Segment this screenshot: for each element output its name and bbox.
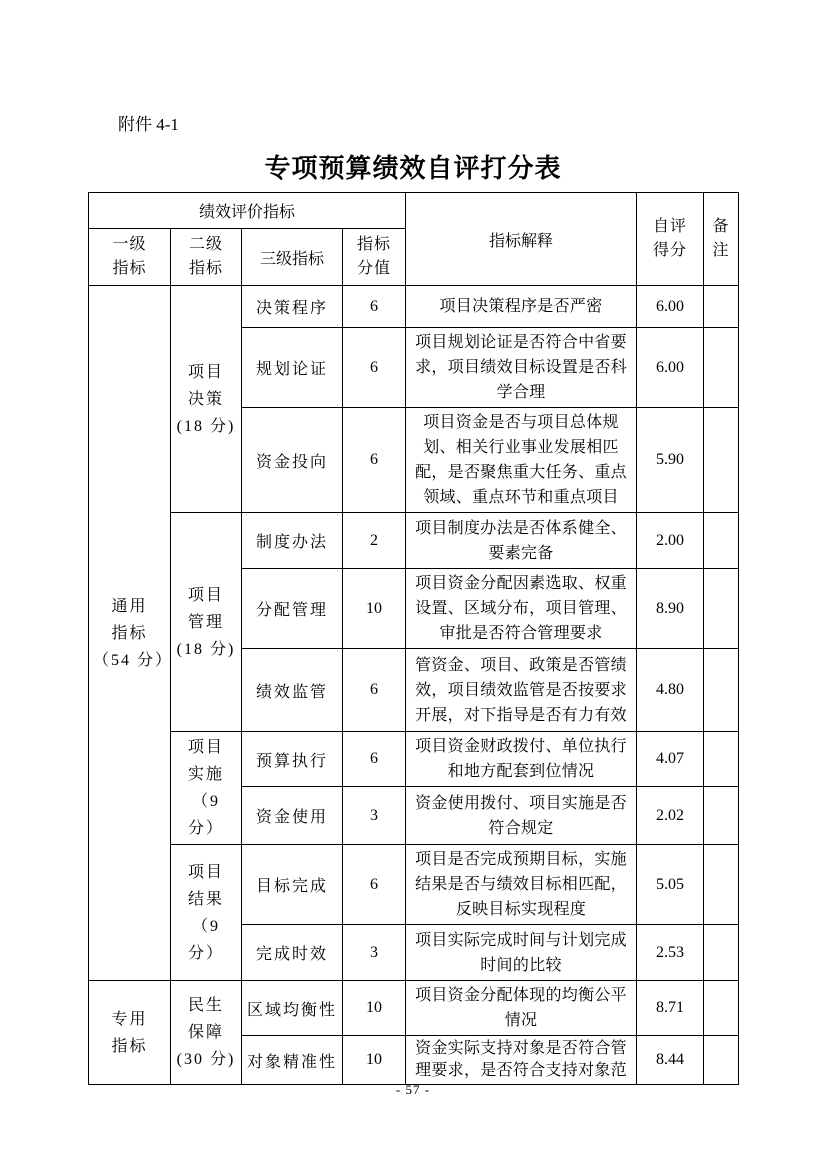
cell-remark — [704, 286, 739, 328]
cell-points: 3 — [343, 925, 406, 981]
page-number: - 57 - — [0, 1082, 826, 1098]
cell-level3: 预算执行 — [242, 732, 343, 787]
cell-level3: 规划论证 — [242, 328, 343, 408]
header-explanation: 指标解释 — [406, 193, 637, 286]
cell-points: 2 — [343, 513, 406, 569]
table-header-row-group: 绩效评价指标 指标解释 自评 得分 备 注 — [89, 193, 739, 229]
cell-explanation: 项目资金是否与项目总体规划、相关行业事业发展相匹配，是否聚焦重大任务、重点领域、… — [406, 408, 637, 513]
cell-remark — [704, 732, 739, 787]
cell-remark — [704, 649, 739, 732]
cell-level3: 对象精准性 — [242, 1036, 343, 1085]
cell-remark — [704, 925, 739, 981]
cell-score: 8.44 — [637, 1036, 704, 1085]
cell-score: 4.80 — [637, 649, 704, 732]
cell-level2-management: 项目 管理 (18 分) — [171, 513, 242, 732]
cell-level3: 完成时效 — [242, 925, 343, 981]
attachment-label: 附件 4-1 — [118, 110, 179, 135]
cell-level2-livelihood: 民生 保障 (30 分) — [171, 981, 242, 1085]
cell-points: 6 — [343, 649, 406, 732]
cell-remark — [704, 787, 739, 845]
cell-explanation: 项目资金分配体现的均衡公平情况 — [406, 981, 637, 1036]
cell-points: 6 — [343, 732, 406, 787]
cell-explanation: 资金使用拨付、项目实施是否符合规定 — [406, 787, 637, 845]
cell-points: 6 — [343, 286, 406, 328]
cell-level2-decision: 项目 决策 (18 分) — [171, 286, 242, 513]
cell-remark — [704, 845, 739, 925]
cell-points: 10 — [343, 981, 406, 1036]
cell-score: 6.00 — [637, 328, 704, 408]
cell-score: 2.00 — [637, 513, 704, 569]
table-row: 项目 实施 （9 分） 预算执行 6 项目资金财政拨付、单位执行和地方配套到位情… — [89, 732, 739, 787]
cell-explanation: 项目规划论证是否符合中省要求，项目绩效目标设置是否科学合理 — [406, 328, 637, 408]
cell-points: 6 — [343, 408, 406, 513]
table-row: 项目 结果 （9 分） 目标完成 6 项目是否完成预期目标，实施结果是否与绩效目… — [89, 845, 739, 925]
cell-score: 8.71 — [637, 981, 704, 1036]
cell-explanation: 管资金、项目、政策是否管绩效，项目绩效监管是否按要求开展，对下指导是否有力有效 — [406, 649, 637, 732]
cell-explanation: 项目资金财政拨付、单位执行和地方配套到位情况 — [406, 732, 637, 787]
cell-level3: 区域均衡性 — [242, 981, 343, 1036]
table-row: 项目 管理 (18 分) 制度办法 2 项目制度办法是否体系健全、要素完备 2.… — [89, 513, 739, 569]
cell-remark — [704, 1036, 739, 1085]
cell-points: 3 — [343, 787, 406, 845]
cell-explanation: 项目制度办法是否体系健全、要素完备 — [406, 513, 637, 569]
cell-level3: 资金使用 — [242, 787, 343, 845]
cell-level2-implementation: 项目 实施 （9 分） — [171, 732, 242, 845]
cell-score: 4.07 — [637, 732, 704, 787]
cell-score: 6.00 — [637, 286, 704, 328]
header-points: 指标 分值 — [343, 229, 406, 286]
cell-score: 5.90 — [637, 408, 704, 513]
cell-score: 5.05 — [637, 845, 704, 925]
page-title: 专项预算绩效自评打分表 — [0, 148, 826, 185]
cell-points: 6 — [343, 328, 406, 408]
cell-level3: 资金投向 — [242, 408, 343, 513]
header-level2: 二级 指标 — [171, 229, 242, 286]
cell-points: 10 — [343, 1036, 406, 1085]
table-row: 专用 指标 民生 保障 (30 分) 区域均衡性 10 项目资金分配体现的均衡公… — [89, 981, 739, 1036]
cell-score: 2.02 — [637, 787, 704, 845]
cell-points: 6 — [343, 845, 406, 925]
cell-level3: 绩效监管 — [242, 649, 343, 732]
cell-explanation: 项目资金分配因素选取、权重设置、区域分布，项目管理、审批是否符合管理要求 — [406, 569, 637, 649]
cell-level3: 决策程序 — [242, 286, 343, 328]
cell-remark — [704, 981, 739, 1036]
cell-level3: 分配管理 — [242, 569, 343, 649]
header-self-score: 自评 得分 — [637, 193, 704, 286]
cell-level3: 目标完成 — [242, 845, 343, 925]
cell-remark — [704, 408, 739, 513]
cell-remark — [704, 569, 739, 649]
cell-score: 8.90 — [637, 569, 704, 649]
cell-remark — [704, 513, 739, 569]
cell-score: 2.53 — [637, 925, 704, 981]
cell-level2-result: 项目 结果 （9 分） — [171, 845, 242, 981]
cell-level3: 制度办法 — [242, 513, 343, 569]
table-row: 通用 指标 （54 分） 项目 决策 (18 分) 决策程序 6 项目决策程序是… — [89, 286, 739, 328]
cell-explanation: 项目实际完成时间与计划完成时间的比较 — [406, 925, 637, 981]
cell-explanation: 资金实际支持对象是否符合管理要求，是否符合支持对象范 — [406, 1036, 637, 1085]
cell-level1-general: 通用 指标 （54 分） — [89, 286, 171, 981]
document-page: 附件 4-1 专项预算绩效自评打分表 绩效评价指标 指标解释 自评 得分 备 注… — [0, 0, 826, 1169]
header-level3: 三级指标 — [242, 229, 343, 286]
header-level1: 一级 指标 — [89, 229, 171, 286]
score-table: 绩效评价指标 指标解释 自评 得分 备 注 一级 指标 二级 指标 三级指标 指… — [88, 192, 739, 1085]
cell-explanation: 项目是否完成预期目标，实施结果是否与绩效目标相匹配，反映目标实现程度 — [406, 845, 637, 925]
cell-explanation: 项目决策程序是否严密 — [406, 286, 637, 328]
header-remark: 备 注 — [704, 193, 739, 286]
cell-level1-special: 专用 指标 — [89, 981, 171, 1085]
cell-points: 10 — [343, 569, 406, 649]
cell-remark — [704, 328, 739, 408]
header-performance-indicators: 绩效评价指标 — [89, 193, 406, 229]
